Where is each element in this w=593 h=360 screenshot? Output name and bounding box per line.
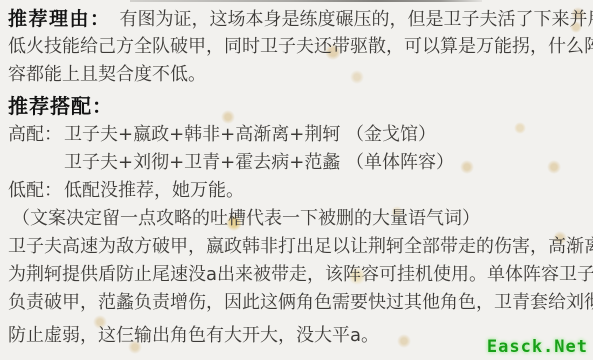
analysis-line-3: 负责破甲，范蠡负责增伤，因此这俩角色需要快过其他角色，卫青套给刘彻 [8,289,589,317]
reason-line-2: 低火技能给己方全队破甲，同时卫子夫还带驱散，可以算是万能拐，什么阵 [8,33,589,61]
high-team-1: 卫子夫+嬴政+韩非+高渐离+荆轲 （金戈馆） [64,124,436,145]
article-text: 推荐理由：有图为证，这场本身是练度碾压的，但是卫子夫活了下来并用 低火技能给己方… [8,5,589,350]
reason-line-3: 容都能上且契合度不低。 [8,61,589,89]
low-config-label: 低配： [8,177,64,205]
reason-heading: 推荐理由： [8,8,111,30]
watermark: Easck.Net [487,337,588,357]
lineup-heading: 推荐搭配： [8,89,589,121]
reason-line-1: 推荐理由：有图为证，这场本身是练度碾压的，但是卫子夫活了下来并用 [8,5,589,33]
analysis-line-2: 为荆轲提供盾防止尾速没a出来被带走，该阵容可挂机使用。单体阵容卫子夫 [8,261,589,289]
high-config-label: 高配： [8,121,64,149]
high-lineup-line: 高配：卫子夫+嬴政+韩非+高渐离+荆轲 （金戈馆） [8,121,589,149]
analysis-line-1: 卫子夫高速为敌方破甲，嬴政韩非打出足以让荆轲全部带走的伤害，高渐离 [8,233,589,261]
low-lineup-line: 低配：低配没推荐，她万能。 [8,177,589,205]
high-team-2: 卫子夫+刘彻+卫青+霍去病+范蠡 （单体阵容） [8,149,589,177]
low-config-text: 低配没推荐，她万能。 [64,180,244,201]
cropped-text-artifact [130,0,482,2]
aside-note: （文案决定留一点攻略的吐槽代表一下被删的大量语气词） [8,205,589,233]
guide-article-page: 推荐理由：有图为证，这场本身是练度碾压的，但是卫子夫活了下来并用 低火技能给己方… [0,0,593,360]
reason-line-1-text: 有图为证，这场本身是练度碾压的，但是卫子夫活了下来并用 [120,9,593,30]
